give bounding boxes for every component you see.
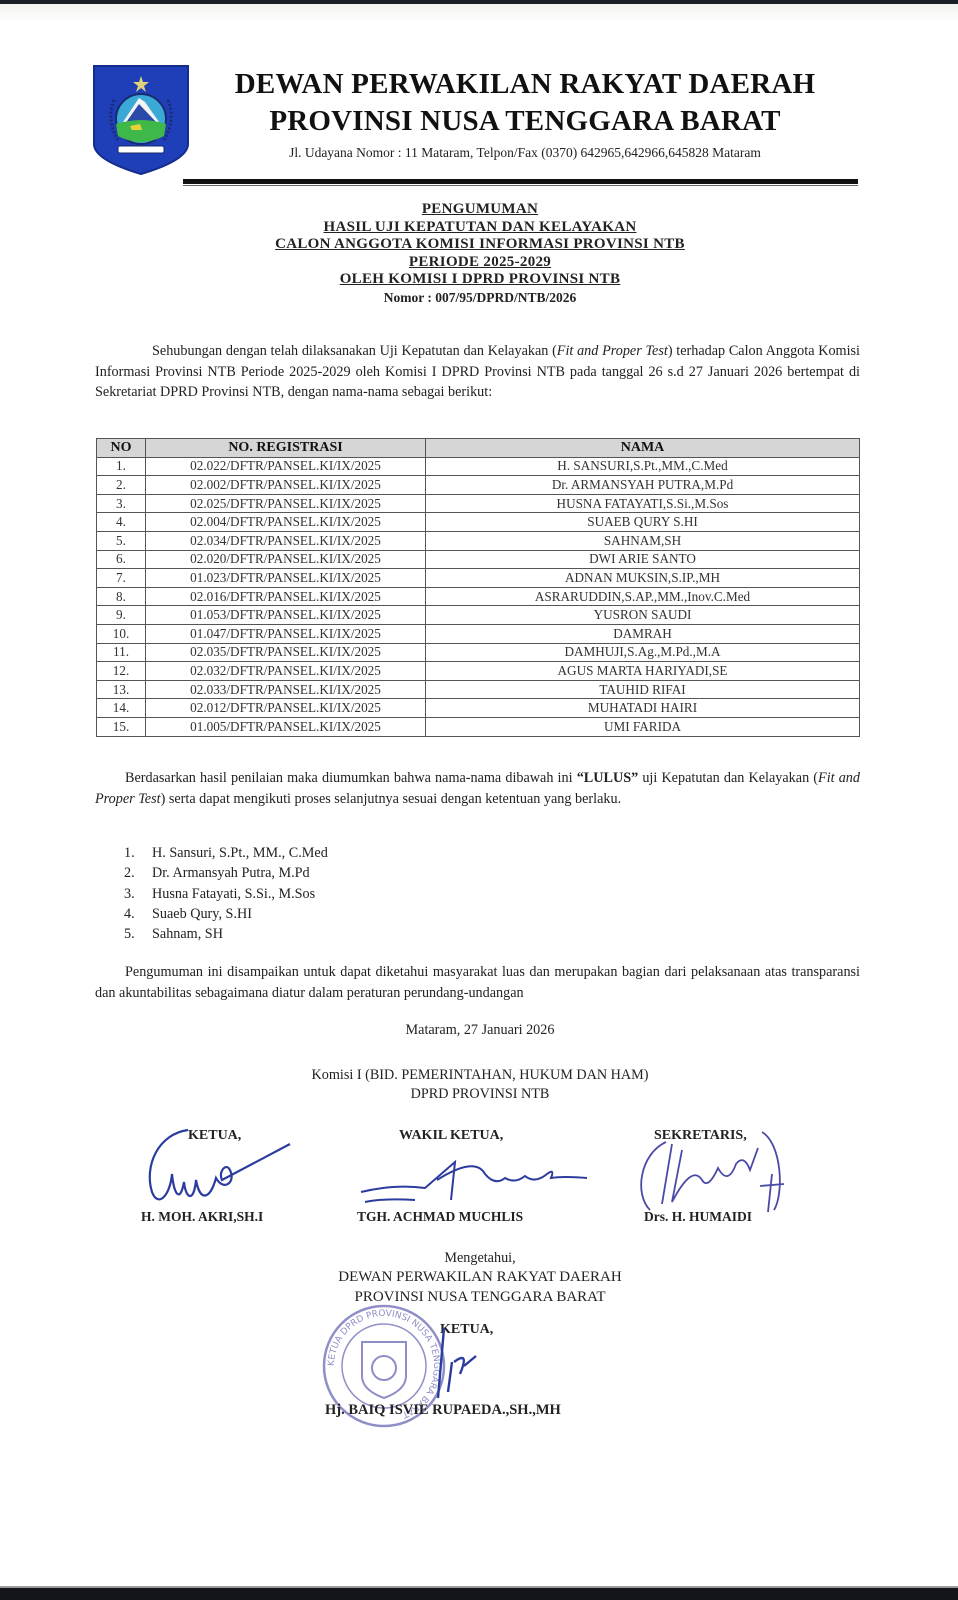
list-item: 4.Suaeb Qury, S.HI: [124, 904, 328, 924]
document-page: DEWAN PERWAKILAN RAKYAT DAERAH PROVINSI …: [0, 4, 958, 1588]
cell-name: DWI ARIE SANTO: [426, 550, 860, 569]
list-item: 3.Husna Fatayati, S.Si., M.Sos: [124, 884, 328, 904]
cell-name: ADNAN MUKSIN,S.IP.,MH: [426, 569, 860, 588]
cell-no: 11.: [97, 643, 146, 662]
cell-no: 5.: [97, 531, 146, 550]
cell-name: SAHNAM,SH: [426, 531, 860, 550]
cell-registration: 02.034/DFTR/PANSEL.KI/IX/2025: [146, 531, 426, 550]
cell-no: 6.: [97, 550, 146, 569]
cell-name: ASRARUDDIN,S.AP.,MM.,Inov.C.Med: [426, 587, 860, 606]
table-row: 3.02.025/DFTR/PANSEL.KI/IX/2025HUSNA FAT…: [97, 494, 860, 513]
letterhead-line-1: DEWAN PERWAKILAN RAKYAT DAERAH: [195, 68, 855, 101]
list-number: 5.: [124, 924, 152, 944]
intro-text-1: Sehubungan dengan telah dilaksanakan Uji…: [152, 343, 557, 359]
cell-registration: 02.025/DFTR/PANSEL.KI/IX/2025: [146, 494, 426, 513]
cell-no: 3.: [97, 494, 146, 513]
table-header-row: NO NO. REGISTRASI NAMA: [97, 439, 860, 458]
ntb-province-emblem-icon: [92, 64, 190, 176]
cell-no: 9.: [97, 606, 146, 625]
signatory-name-vice-chair: TGH. ACHMAD MUCHLIS: [357, 1209, 523, 1225]
list-item: 1.H. Sansuri, S.Pt., MM., C.Med: [124, 843, 328, 863]
signatory-role-vice-chair: WAKIL KETUA,: [399, 1128, 503, 1144]
table-row: 9.01.053/DFTR/PANSEL.KI/IX/2025YUSRON SA…: [97, 606, 860, 625]
cell-no: 10.: [97, 624, 146, 643]
cell-registration: 01.005/DFTR/PANSEL.KI/IX/2025: [146, 717, 426, 736]
cell-name: AGUS MARTA HARIYADI,SE: [426, 662, 860, 681]
column-header-no: NO: [97, 439, 146, 458]
table-row: 6.02.020/DFTR/PANSEL.KI/IX/2025DWI ARIE …: [97, 550, 860, 569]
cell-registration: 02.020/DFTR/PANSEL.KI/IX/2025: [146, 550, 426, 569]
cell-name: UMI FARIDA: [426, 717, 860, 736]
cell-no: 12.: [97, 662, 146, 681]
cell-no: 13.: [97, 680, 146, 699]
table-row: 5.02.034/DFTR/PANSEL.KI/IX/2025SAHNAM,SH: [97, 531, 860, 550]
passed-candidate-name: H. Sansuri, S.Pt., MM., C.Med: [152, 845, 328, 861]
list-number: 4.: [124, 904, 152, 924]
candidate-table: NO NO. REGISTRASI NAMA 1.02.022/DFTR/PAN…: [96, 438, 860, 737]
table-row: 14.02.012/DFTR/PANSEL.KI/IX/2025MUHATADI…: [97, 699, 860, 718]
cell-no: 1.: [97, 457, 146, 476]
cell-name: H. SANSURI,S.Pt.,MM.,C.Med: [426, 457, 860, 476]
column-header-registration: NO. REGISTRASI: [146, 439, 426, 458]
announcement-title-line-3: PERIODE 2025-2029: [100, 254, 860, 272]
result-text-3: ) serta dapat mengikuti proses selanjutn…: [161, 791, 622, 807]
announcement-title-line-1: HASIL UJI KEPATUTAN DAN KELAYAKAN: [100, 219, 860, 237]
speaker-signature-icon: [430, 1322, 500, 1402]
table-row: 8.02.016/DFTR/PANSEL.KI/IX/2025ASRARUDDI…: [97, 587, 860, 606]
acknowledgement-line-1: DEWAN PERWAKILAN RAKYAT DAERAH: [100, 1269, 860, 1286]
passed-candidate-name: Suaeb Qury, S.HI: [152, 906, 252, 922]
intro-italic: Fit and Proper Test: [557, 343, 668, 359]
table-row: 10.01.047/DFTR/PANSEL.KI/IX/2025DAMRAH: [97, 624, 860, 643]
letterhead-rule: [183, 179, 858, 184]
cell-registration: 02.033/DFTR/PANSEL.KI/IX/2025: [146, 680, 426, 699]
cell-name: Dr. ARMANSYAH PUTRA,M.Pd: [426, 476, 860, 495]
result-text-2: uji Kepatutan dan Kelayakan (: [638, 770, 818, 786]
document-number: Nomor : 007/95/DPRD/NTB/2026: [100, 289, 860, 306]
list-item: 5.Sahnam, SH: [124, 924, 328, 944]
column-header-name: NAMA: [426, 439, 860, 458]
komisi-line-1: Komisi I (BID. PEMERINTAHAN, HUKUM DAN H…: [100, 1067, 860, 1084]
cell-registration: 01.023/DFTR/PANSEL.KI/IX/2025: [146, 569, 426, 588]
cell-name: YUSRON SAUDI: [426, 606, 860, 625]
cell-registration: 02.012/DFTR/PANSEL.KI/IX/2025: [146, 699, 426, 718]
table-row: 13.02.033/DFTR/PANSEL.KI/IX/2025TAUHID R…: [97, 680, 860, 699]
letterhead-line-2: PROVINSI NUSA TENGGARA BARAT: [195, 105, 855, 138]
acknowledgement-name: Hj. BAIQ ISVIE RUPAEDA.,SH.,MH: [325, 1402, 561, 1419]
letterhead-address: Jl. Udayana Nomor : 11 Mataram, Telpon/F…: [195, 145, 855, 161]
table-row: 15.01.005/DFTR/PANSEL.KI/IX/2025UMI FARI…: [97, 717, 860, 736]
announcement-title-line-2: CALON ANGGOTA KOMISI INFORMASI PROVINSI …: [100, 236, 860, 254]
cell-registration: 01.053/DFTR/PANSEL.KI/IX/2025: [146, 606, 426, 625]
result-paragraph: Berdasarkan hasil penilaian maka diumumk…: [95, 768, 860, 809]
passed-candidate-name: Sahnam, SH: [152, 926, 223, 942]
cell-registration: 01.047/DFTR/PANSEL.KI/IX/2025: [146, 624, 426, 643]
komisi-line-2: DPRD PROVINSI NTB: [100, 1086, 860, 1103]
table-row: 1.02.022/DFTR/PANSEL.KI/IX/2025H. SANSUR…: [97, 457, 860, 476]
announcement-title-block: PENGUMUMAN HASIL UJI KEPATUTAN DAN KELAY…: [100, 201, 860, 306]
table-row: 11.02.035/DFTR/PANSEL.KI/IX/2025DAMHUJI,…: [97, 643, 860, 662]
bottom-navigation-bar: [0, 1588, 958, 1600]
table-row: 2.02.002/DFTR/PANSEL.KI/IX/2025Dr. ARMAN…: [97, 476, 860, 495]
intro-paragraph: Sehubungan dengan telah dilaksanakan Uji…: [95, 341, 860, 403]
passed-candidate-name: Husna Fatayati, S.Si., M.Sos: [152, 886, 315, 902]
announcement-heading: PENGUMUMAN: [100, 201, 860, 219]
cell-name: HUSNA FATAYATI,S.Si.,M.Sos: [426, 494, 860, 513]
acknowledgement-line-2: PROVINSI NUSA TENGGARA BARAT: [100, 1289, 860, 1306]
table-row: 7.01.023/DFTR/PANSEL.KI/IX/2025ADNAN MUK…: [97, 569, 860, 588]
acknowledgement-label: Mengetahui,: [100, 1250, 860, 1267]
list-number: 1.: [124, 843, 152, 863]
list-number: 3.: [124, 884, 152, 904]
cell-name: TAUHID RIFAI: [426, 680, 860, 699]
cell-no: 2.: [97, 476, 146, 495]
closing-paragraph: Pengumuman ini disampaikan untuk dapat d…: [95, 962, 860, 1003]
signatory-name-chair: H. MOH. AKRI,SH.I: [141, 1209, 263, 1225]
cell-name: MUHATADI HAIRI: [426, 699, 860, 718]
cell-name: DAMHUJI,S.Ag.,M.Pd.,M.A: [426, 643, 860, 662]
cell-no: 14.: [97, 699, 146, 718]
cell-no: 8.: [97, 587, 146, 606]
result-lulus: “LULUS”: [577, 770, 639, 786]
place-date: Mataram, 27 Januari 2026: [100, 1022, 860, 1039]
cell-registration: 02.022/DFTR/PANSEL.KI/IX/2025: [146, 457, 426, 476]
vice-chair-signature-icon: [355, 1154, 595, 1214]
list-number: 2.: [124, 863, 152, 883]
cell-registration: 02.032/DFTR/PANSEL.KI/IX/2025: [146, 662, 426, 681]
signatory-name-secretary: Drs. H. HUMAIDI: [644, 1209, 752, 1225]
cell-registration: 02.016/DFTR/PANSEL.KI/IX/2025: [146, 587, 426, 606]
cell-no: 4.: [97, 513, 146, 532]
result-text-1: Berdasarkan hasil penilaian maka diumumk…: [125, 770, 577, 786]
cell-registration: 02.002/DFTR/PANSEL.KI/IX/2025: [146, 476, 426, 495]
cell-no: 7.: [97, 569, 146, 588]
cell-registration: 02.035/DFTR/PANSEL.KI/IX/2025: [146, 643, 426, 662]
cell-name: SUAEB QURY S.HI: [426, 513, 860, 532]
passed-candidates-list: 1.H. Sansuri, S.Pt., MM., C.Med2.Dr. Arm…: [124, 843, 328, 944]
letterhead-rule-thin: [183, 185, 858, 186]
table-row: 12.02.032/DFTR/PANSEL.KI/IX/2025AGUS MAR…: [97, 662, 860, 681]
closing-text: Pengumuman ini disampaikan untuk dapat d…: [95, 964, 860, 1001]
announcement-title-line-4: OLEH KOMISI I DPRD PROVINSI NTB: [100, 271, 860, 289]
cell-registration: 02.004/DFTR/PANSEL.KI/IX/2025: [146, 513, 426, 532]
passed-candidate-name: Dr. Armansyah Putra, M.Pd: [152, 865, 310, 881]
table-row: 4.02.004/DFTR/PANSEL.KI/IX/2025SUAEB QUR…: [97, 513, 860, 532]
chair-signature-icon: [140, 1122, 300, 1212]
secretary-signature-icon: [632, 1124, 792, 1216]
list-item: 2.Dr. Armansyah Putra, M.Pd: [124, 863, 328, 883]
cell-name: DAMRAH: [426, 624, 860, 643]
cell-no: 15.: [97, 717, 146, 736]
